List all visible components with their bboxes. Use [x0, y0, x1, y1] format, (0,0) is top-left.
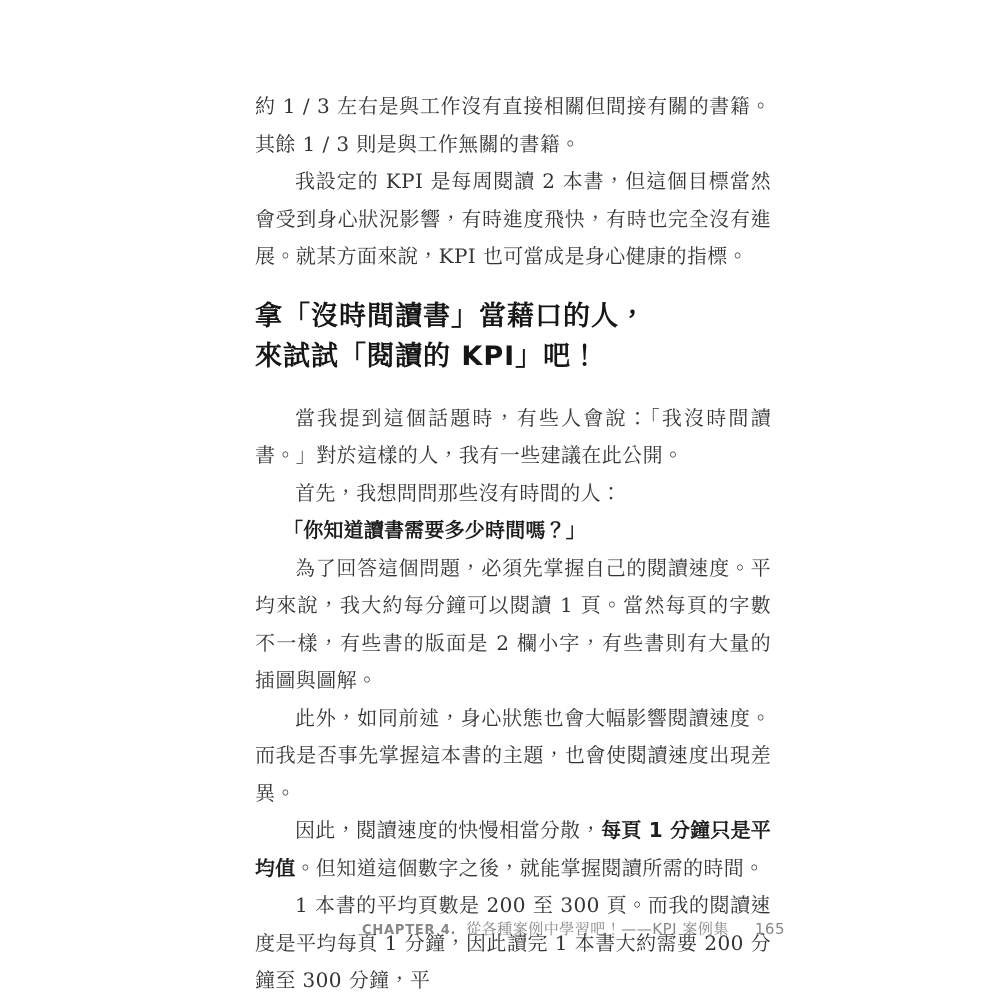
paragraph: 「你知道讀書需要多少時間嗎？」 — [255, 512, 771, 550]
heading-line: 拿「沒時間讀書」當藉口的人， — [255, 297, 771, 337]
body-text: 。但知道這個數字之後，就能掌握閱讀所需的時間。 — [295, 856, 764, 880]
paragraph: 我設定的 KPI 是每周閱讀 2 本書，但這個目標當然會受到身心狀況影響，有時進… — [255, 163, 771, 276]
paragraph: 首先，我想問問那些沒有時間的人： — [255, 475, 771, 513]
section-heading: 拿「沒時間讀書」當藉口的人，來試試「閱讀的 KPI」吧！ — [255, 297, 771, 377]
heading-line: 來試試「閱讀的 KPI」吧！ — [255, 337, 771, 377]
body-text: 為了回答這個問題，必須先掌握自己的閱讀速度。平均來說，我大約每分鐘可以閱讀 1 … — [255, 556, 771, 693]
paragraph: 當我提到這個話題時，有些人會說：「我沒時間讀書。」對於這樣的人，我有一些建議在此… — [255, 400, 771, 475]
body-text: 1 本書的平均頁數是 200 至 300 頁。而我的閱讀速度是平均每頁 1 分鐘… — [255, 893, 771, 992]
emphasis-text: 「你知道讀書需要多少時間嗎？」 — [283, 518, 586, 542]
chapter-label: CHAPTER 4. — [362, 923, 456, 938]
text-column: 約 1 / 3 左右是與工作沒有直接相關但間接有關的書籍。其餘 1 / 3 則是… — [255, 88, 771, 1000]
book-page: 約 1 / 3 左右是與工作沒有直接相關但間接有關的書籍。其餘 1 / 3 則是… — [0, 0, 1000, 1000]
body-text: 當我提到這個話題時，有些人會說：「我沒時間讀書。」對於這樣的人，我有一些建議在此… — [255, 406, 771, 468]
page-number: 165 — [755, 920, 785, 938]
paragraph: 因此，閱讀速度的快慢相當分散，每頁 1 分鐘只是平均值。但知道這個數字之後，就能… — [255, 812, 771, 887]
body-text: 此外，如同前述，身心狀態也會大幅影響閱讀速度。而我是否事先掌握這本書的主題，也會… — [255, 706, 771, 805]
paragraph: 1 本書的平均頁數是 200 至 300 頁。而我的閱讀速度是平均每頁 1 分鐘… — [255, 887, 771, 1000]
page-footer: CHAPTER 4. 從各種案例中學習吧！——KPI 案例集 165 — [362, 918, 785, 939]
body-text: 我設定的 KPI 是每周閱讀 2 本書，但這個目標當然會受到身心狀況影響，有時進… — [255, 169, 771, 268]
body-text: 約 1 / 3 左右是與工作沒有直接相關但間接有關的書籍。其餘 1 / 3 則是… — [255, 94, 771, 156]
body-text: 因此，閱讀速度的快慢相當分散， — [295, 818, 601, 842]
body-text: 首先，我想問問那些沒有時間的人： — [295, 481, 621, 505]
paragraph: 為了回答這個問題，必須先掌握自己的閱讀速度。平均來說，我大約每分鐘可以閱讀 1 … — [255, 550, 771, 700]
chapter-title: 從各種案例中學習吧！——KPI 案例集 — [466, 918, 729, 939]
paragraph: 此外，如同前述，身心狀態也會大幅影響閱讀速度。而我是否事先掌握這本書的主題，也會… — [255, 700, 771, 813]
paragraph: 約 1 / 3 左右是與工作沒有直接相關但間接有關的書籍。其餘 1 / 3 則是… — [255, 88, 771, 163]
